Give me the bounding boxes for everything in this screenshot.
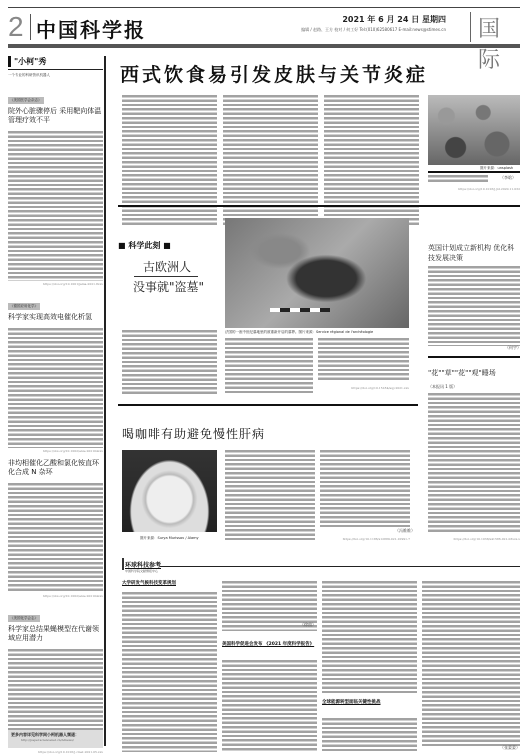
article-body bbox=[422, 581, 520, 747]
brief-title: 英国计划成立新机构 优化科技发展决策 bbox=[428, 243, 520, 263]
article-body bbox=[322, 581, 417, 693]
article-body bbox=[322, 718, 417, 752]
journal-tag: 《德国应用化学》 bbox=[8, 303, 40, 310]
left-column-xiaoke: "小柯"秀 一个专业的科研资讯机器人 《美国医学会杂志》 院外心脏骤停后 采用靶… bbox=[8, 56, 103, 752]
story-body-col-1 bbox=[225, 450, 315, 540]
article-title: 全球能源转型面临关键性挑战 bbox=[322, 700, 417, 706]
journal-tag: 《美国化学会志》 bbox=[8, 615, 40, 622]
section-label: ■ 科学此刻 ■ bbox=[118, 240, 171, 251]
article-body bbox=[8, 328, 103, 448]
story-headline-line2: 没事就"盗墓" bbox=[133, 278, 204, 295]
lead-headline: 西式饮食易引发皮肤与关节炎症 bbox=[120, 60, 428, 87]
section-name: 国际 bbox=[478, 12, 524, 74]
newspaper-page: 2 中国科学报 2021 年 6 月 24 日 星期四 编辑 / 赵路、王方 校… bbox=[0, 0, 524, 756]
column-rule bbox=[8, 69, 103, 70]
article-title: 非均相催化乙酸和氯化铵直环化合成 N 杂环 bbox=[8, 459, 103, 477]
section-rule bbox=[160, 566, 520, 567]
section-subtitle: 中国科学院文献情报中心 bbox=[125, 569, 158, 573]
divider bbox=[428, 356, 520, 358]
article-title: 院外心脏骤停后 采用靶向体温管理疗效不平 bbox=[8, 107, 103, 125]
story-body-col-2 bbox=[225, 338, 313, 393]
doi-link[interactable]: https://doi.org/10.1002/anie.202104xxx bbox=[8, 594, 103, 598]
story-body-col-3 bbox=[318, 338, 409, 380]
source-tag: （徐茵） bbox=[300, 622, 316, 628]
source-tag: （李晗） bbox=[500, 175, 516, 181]
story-body-col-2 bbox=[320, 450, 410, 528]
story-body-col-1 bbox=[122, 330, 217, 395]
article-title: 美国科学促进会发布 《2021 年度科学报告》 bbox=[222, 642, 317, 648]
doi-link[interactable]: https://doi.org/10.1016/j.cmet.2021.05.x… bbox=[8, 750, 103, 754]
issue-date: 2021 年 6 月 24 日 星期四 bbox=[342, 14, 446, 25]
article-body bbox=[8, 483, 103, 593]
photo-caption: 法国的一座中世纪墓地里的被重新开启的墓葬。图片来源：Service région… bbox=[225, 330, 409, 335]
article-title: 科学家实现高效电催化析氢 bbox=[8, 313, 103, 322]
header-divider bbox=[30, 14, 31, 40]
doi-link[interactable]: https://doi.org/10.1038/s41586-021-03xxx… bbox=[428, 537, 520, 541]
masthead-logo: 中国科学报 bbox=[36, 14, 146, 43]
brief-title: "花""草""花""观"睡场 bbox=[428, 368, 520, 378]
section-divider bbox=[118, 205, 520, 207]
column-divider bbox=[104, 56, 106, 746]
column-footer: 更多内容详见科学网小柯机器人频道： http://paper.sciencene… bbox=[8, 730, 103, 748]
scale-bar bbox=[270, 308, 330, 312]
journal-tag: 《美国医学会杂志》 bbox=[8, 97, 44, 104]
doi-link[interactable]: https://doi.org/10.1016/j.jid.2020.11.03… bbox=[428, 187, 520, 191]
header-top-rule bbox=[8, 7, 520, 8]
article-title: 大学研发气候科技变革规划 bbox=[122, 581, 217, 587]
byline: （本报讯 1 版） bbox=[428, 384, 457, 390]
brief-body bbox=[428, 266, 520, 346]
article-body bbox=[222, 660, 317, 752]
header-divider bbox=[470, 12, 471, 42]
source-tag: （冯维维） bbox=[395, 528, 415, 534]
divider bbox=[428, 171, 520, 173]
column-title: "小柯"秀 bbox=[8, 56, 103, 67]
article-2: 《德国应用化学》 科学家实现高效电催化析氢 https://doi.org/10… bbox=[8, 292, 103, 453]
section-divider bbox=[118, 404, 418, 406]
doi-link[interactable]: https://doi.org/10.1001/jama.2021.8xxx bbox=[8, 282, 103, 286]
source-tag: （张蒙蒙） bbox=[500, 745, 520, 751]
header-bottom-bar bbox=[8, 44, 520, 48]
brief-body bbox=[428, 393, 520, 533]
column-subtitle: 一个专业的科研资讯机器人 bbox=[8, 73, 103, 78]
story-headline-line1: 古欧洲人 bbox=[143, 258, 191, 275]
footer-link[interactable]: http://paper.sciencenet.cn/AInews/ bbox=[21, 738, 100, 742]
section-marker bbox=[122, 558, 124, 570]
lead-body-tail bbox=[428, 175, 488, 184]
doi-link[interactable]: https://doi.org/10.1002/anie.202104xxx bbox=[8, 449, 103, 453]
food-photo bbox=[428, 95, 520, 165]
article-title: 科学家总结果蝇模型在代谢领域应用潜力 bbox=[8, 625, 103, 643]
article-body bbox=[122, 592, 217, 752]
editor-contact: 编辑 / 赵路、王方 校对 / 何工好 Tel:(010)62580617 E-… bbox=[301, 27, 446, 33]
article-1: 《美国医学会杂志》 院外心脏骤停后 采用靶向体温管理疗效不平 https://d… bbox=[8, 86, 103, 286]
photo-caption: 图片来源：Surya Murissov / Alamy bbox=[140, 536, 199, 541]
source-tag: （何宇） bbox=[505, 345, 521, 351]
section-title: 环球科技参考 bbox=[125, 560, 161, 569]
grave-photo bbox=[225, 218, 409, 328]
doi-link[interactable]: https://doi.org/10.15184/aqy.2021.xxx bbox=[318, 386, 409, 390]
article-3: 非均相催化乙酸和氯化铵直环化合成 N 杂环 https://doi.org/10… bbox=[8, 459, 103, 598]
page-number: 2 bbox=[8, 12, 24, 42]
story-headline: 喝咖啡有助避免慢性肝病 bbox=[122, 425, 265, 442]
doi-link[interactable]: https://doi.org/10.1186/s12889-021-10991… bbox=[320, 537, 410, 541]
coffee-photo bbox=[122, 450, 217, 532]
headline-rule bbox=[134, 276, 198, 277]
article-body bbox=[8, 131, 103, 281]
